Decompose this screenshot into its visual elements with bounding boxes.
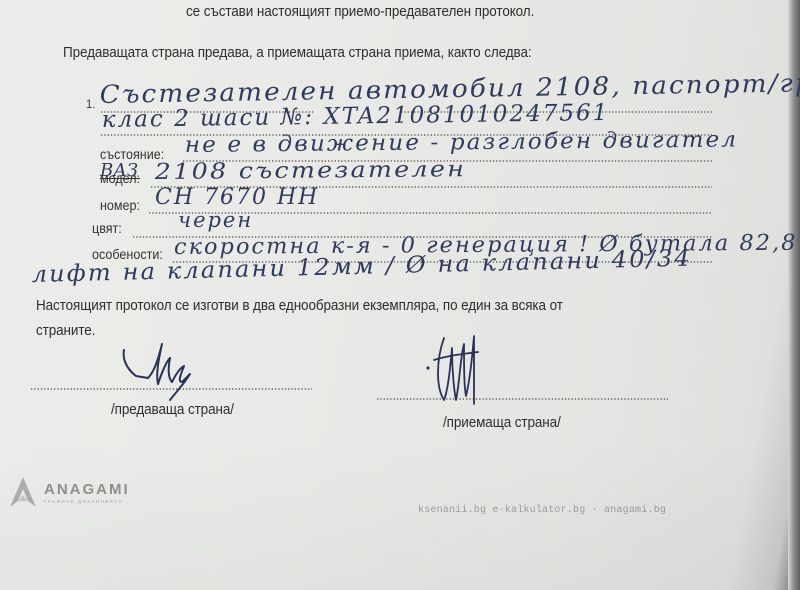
triangle-a-logo-icon — [8, 475, 38, 509]
receiving-party-label: /приемаща страна/ — [443, 415, 561, 431]
number-value: СН 7670 НН — [155, 185, 319, 210]
intro-line: се състави настоящият приемо-предавателе… — [186, 4, 534, 20]
anagami-logo: ANAGAMI ГРАФИЧЕ ДИЗАЙНЕРСК — [8, 475, 130, 509]
closing-statement-line-1: Настоящият протокол се изготви в два едн… — [36, 298, 563, 314]
footer-links: ksenanii.bg e-kalkulator.bg · anagami.bg — [418, 505, 666, 516]
number-label: номер: — [100, 198, 140, 213]
transferring-party-signature — [118, 338, 218, 406]
logo-name: ANAGAMI — [44, 481, 130, 498]
transfer-statement: Предаващата страна предава, а приемащата… — [63, 45, 532, 61]
color-value: черен — [178, 208, 253, 232]
transferring-party-label: /предаваща страна/ — [111, 402, 234, 418]
condition-value: не е в движение - разглобен двигател — [185, 127, 738, 158]
receiving-party-signature — [422, 330, 492, 410]
logo-tagline: ГРАФИЧЕ ДИЗАЙНЕРСК — [44, 499, 130, 504]
color-label: цвят: — [92, 221, 122, 236]
model-strike-overwrite: ВАЗ — [100, 160, 138, 181]
paper-shadow — [0, 440, 800, 590]
item-number: 1. — [86, 97, 95, 111]
receiving-signature-line — [376, 398, 668, 400]
model-value: 2108 състезателен — [155, 157, 467, 185]
closing-statement-line-2: страните. — [36, 323, 95, 339]
